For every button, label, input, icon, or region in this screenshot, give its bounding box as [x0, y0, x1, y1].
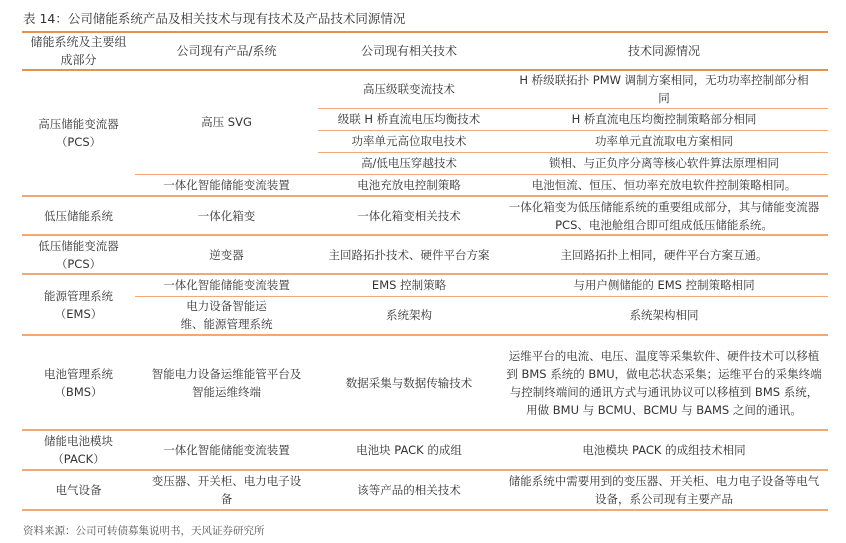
- product-cell: 一体化智能储能变流装置: [135, 430, 318, 470]
- table-row: 储能电池模块（PACK） 一体化智能储能变流装置 电池块 PACK 的成组 电池…: [22, 430, 828, 470]
- tech-cell: 电池块 PACK 的成组: [318, 430, 500, 470]
- component-cell: 能源管理系统（EMS）: [22, 274, 135, 335]
- component-cell: 电气设备: [22, 470, 135, 510]
- tech-cell: 高/低电压穿越技术: [318, 152, 500, 174]
- source-cell: 功率单元直流取电方案相同: [500, 130, 828, 152]
- source-cell: 电池模块 PACK 的成组技术相同: [500, 430, 828, 470]
- source-note: 资料来源：公司可转债募集说明书，天风证券研究所: [23, 523, 265, 538]
- tech-cell: 级联 H 桥直流电压均衡技术: [318, 108, 500, 130]
- component-cell: 低压储能变流器（PCS）: [22, 235, 135, 274]
- col-header-tech: 公司现有相关技术: [318, 32, 500, 70]
- table-row: 低压储能系统 一体化箱变 一体化箱变相关技术 一体化箱变为低压储能系统的重要组成…: [22, 196, 828, 235]
- source-cell: 运维平台的电流、电压、温度等采集软件、硬件技术可以移植到 BMS 系统的 BMU…: [500, 335, 828, 430]
- tech-cell: 一体化箱变相关技术: [318, 196, 500, 235]
- tech-source-table: 储能系统及主要组成部分 公司现有产品/系统 公司现有相关技术 技术同源情况 高压…: [22, 31, 828, 511]
- table-row: 电池管理系统（BMS） 智能电力设备运维能管平台及智能运维终端 数据采集与数据传…: [22, 335, 828, 430]
- component-cell: 低压储能系统: [22, 196, 135, 235]
- table-row: 低压储能变流器（PCS） 逆变器 主回路拓扑技术、硬件平台方案 主回路拓扑上相同…: [22, 235, 828, 274]
- col-header-component: 储能系统及主要组成部分: [22, 32, 135, 70]
- table-row: 一体化智能储能变流装置 电池充放电控制策略 电池恒流、恒压、恒功率充放电软件控制…: [22, 174, 828, 196]
- source-cell: H 桥级联拓扑 PMW 调制方案相同，无功功率控制部分相同: [500, 70, 828, 108]
- product-cell: 一体化智能储能变流装置: [135, 174, 318, 196]
- product-cell: 一体化箱变: [135, 196, 318, 235]
- tech-cell: 高压级联变流技术: [318, 70, 500, 108]
- source-cell: 主回路拓扑上相同，硬件平台方案互通。: [500, 235, 828, 274]
- tech-cell: EMS 控制策略: [318, 274, 500, 296]
- col-header-source: 技术同源情况: [500, 32, 828, 70]
- product-cell: 逆变器: [135, 235, 318, 274]
- col-header-product: 公司现有产品/系统: [135, 32, 318, 70]
- table-row: 电力设备智能运维、能源管理系统 系统架构 系统架构相同: [22, 296, 828, 335]
- tech-cell: 该等产品的相关技术: [318, 470, 500, 510]
- tech-cell: 主回路拓扑技术、硬件平台方案: [318, 235, 500, 274]
- product-cell: 高压 SVG: [135, 70, 318, 174]
- source-cell: 一体化箱变为低压储能系统的重要组成部分，其与储能变流器 PCS、电池舱组合即可组…: [500, 196, 828, 235]
- source-cell: 与用户侧储能的 EMS 控制策略相同: [500, 274, 828, 296]
- source-cell: 系统架构相同: [500, 296, 828, 335]
- component-cell: 储能电池模块（PACK）: [22, 430, 135, 470]
- table-title: 表 14：公司储能系统产品及相关技术与现有技术及产品技术同源情况: [23, 9, 405, 27]
- source-cell: 储能系统中需要用到的变压器、开关柜、电力电子设备等电气设备，系公司现有主要产品: [500, 470, 828, 510]
- component-cell: 高压储能变流器（PCS）: [22, 70, 135, 196]
- product-cell: 智能电力设备运维能管平台及智能运维终端: [135, 335, 318, 430]
- component-cell: 电池管理系统（BMS）: [22, 335, 135, 430]
- tech-cell: 功率单元高位取电技术: [318, 130, 500, 152]
- source-cell: 锁相、与正负序分离等核心软件算法原理相同: [500, 152, 828, 174]
- table-row: 电气设备 变压器、开关柜、电力电子设备 该等产品的相关技术 储能系统中需要用到的…: [22, 470, 828, 510]
- product-cell: 一体化智能储能变流装置: [135, 274, 318, 296]
- tech-cell: 数据采集与数据传输技术: [318, 335, 500, 430]
- source-cell: 电池恒流、恒压、恒功率充放电软件控制策略相同。: [500, 174, 828, 196]
- table-row: 高压储能变流器（PCS） 高压 SVG 高压级联变流技术 H 桥级联拓扑 PMW…: [22, 70, 828, 108]
- table-row: 能源管理系统（EMS） 一体化智能储能变流装置 EMS 控制策略 与用户侧储能的…: [22, 274, 828, 296]
- tech-cell: 系统架构: [318, 296, 500, 335]
- product-cell: 电力设备智能运维、能源管理系统: [135, 296, 318, 335]
- source-cell: H 桥直流电压均衡控制策略部分相同: [500, 108, 828, 130]
- product-cell: 变压器、开关柜、电力电子设备: [135, 470, 318, 510]
- tech-cell: 电池充放电控制策略: [318, 174, 500, 196]
- header-row: 储能系统及主要组成部分 公司现有产品/系统 公司现有相关技术 技术同源情况: [22, 32, 828, 70]
